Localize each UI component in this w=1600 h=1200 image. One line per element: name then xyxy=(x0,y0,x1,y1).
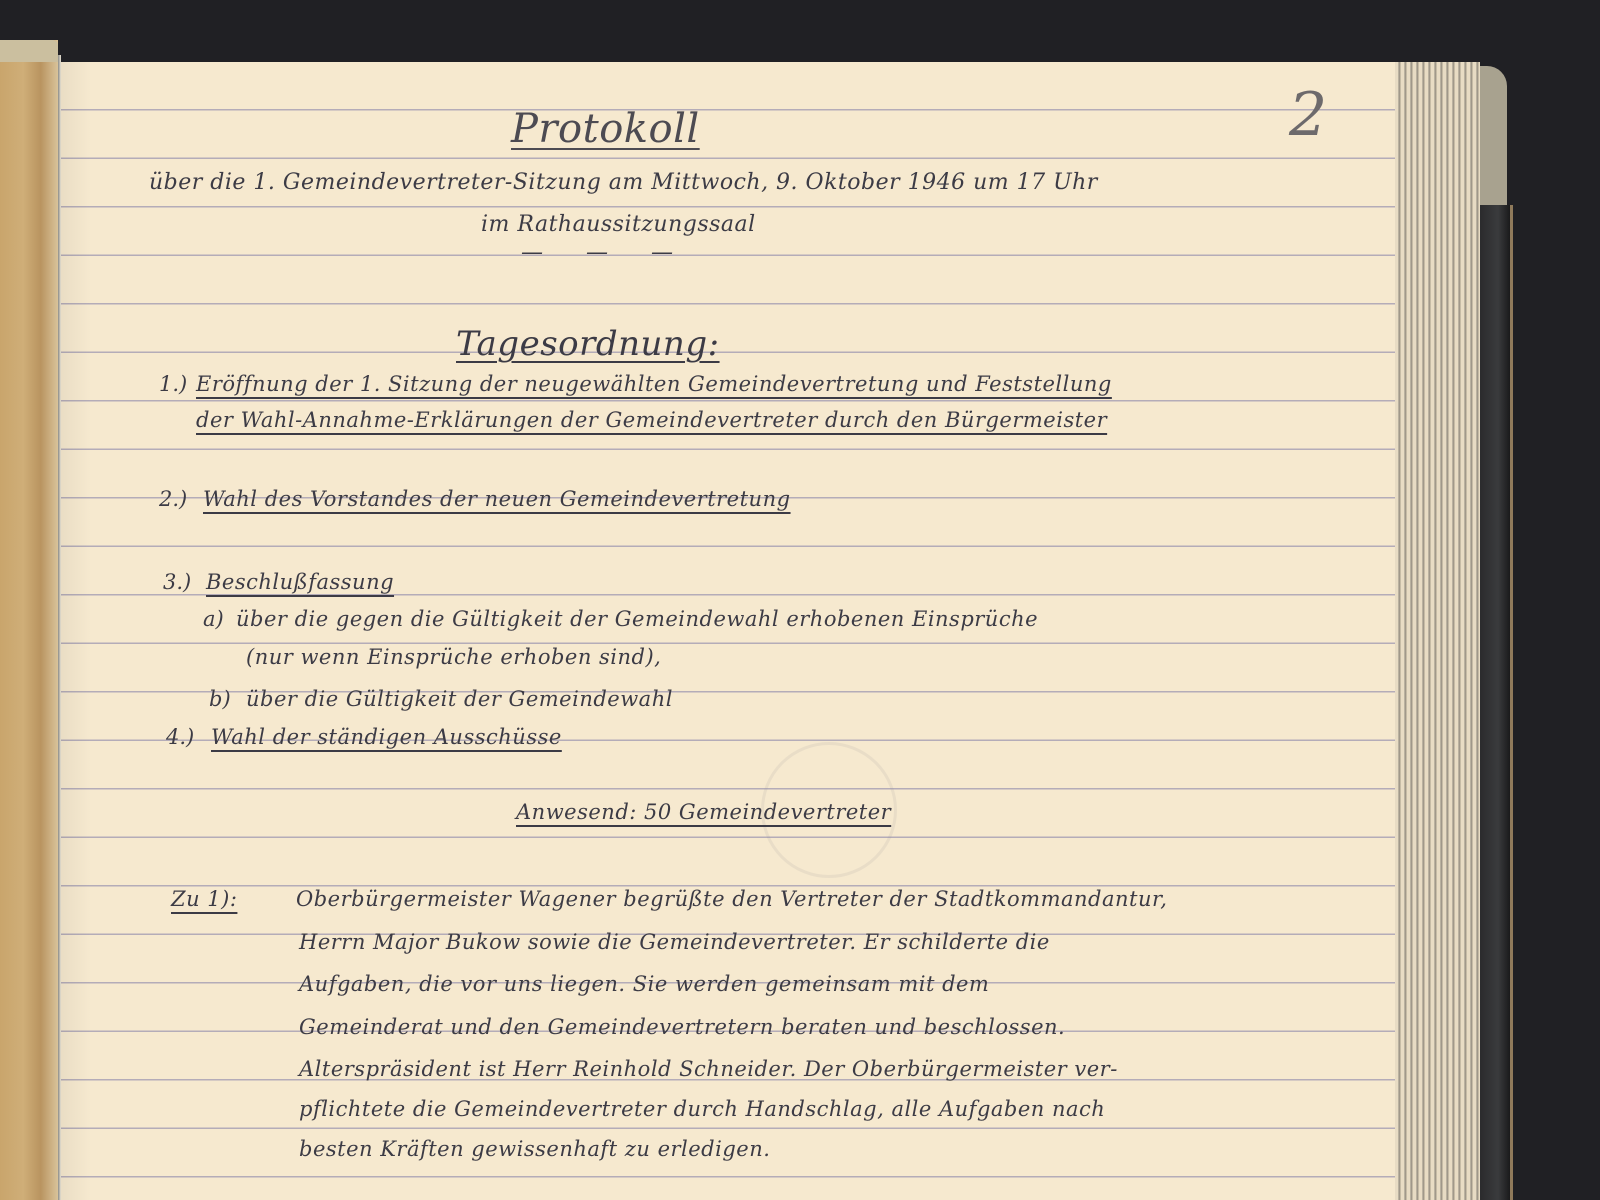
agenda-item-1-line-1: Eröffnung der 1. Sitzung der neugewählte… xyxy=(196,372,1112,396)
separator-dashes: — — — xyxy=(521,240,691,265)
agenda-item-3-line-1: Beschlußfassung xyxy=(206,570,394,594)
attendance-note: Anwesend: 50 Gemeindevertreter xyxy=(516,800,891,824)
section-body-line-4: Gemeinderat und den Gemeindevertretern b… xyxy=(299,1015,1065,1039)
section-body-line-2: Herrn Major Bukow sowie die Gemeindevert… xyxy=(299,930,1050,954)
subtitle-line-1: über die 1. Gemeindevertreter-Sitzung am… xyxy=(149,170,1098,195)
subtitle-line-2: im Rathaussitzungssaal xyxy=(481,212,756,237)
page-stack-edge xyxy=(1395,62,1480,1200)
agenda-item-4-number: 4.) xyxy=(166,725,194,749)
section-label: Zu 1): xyxy=(171,887,237,911)
agenda-item-3a-line-1: über die gegen die Gültigkeit der Gemein… xyxy=(236,607,1038,631)
section-body-line-5: Alterspräsident ist Herr Reinhold Schnei… xyxy=(299,1057,1118,1081)
agenda-item-1-number: 1.) xyxy=(159,372,187,396)
agenda-item-3b-line-1: über die Gültigkeit der Gemeindewahl xyxy=(246,687,673,711)
ledger-page: 2 Protokoll über die 1. Gemeindevertrete… xyxy=(61,62,1395,1200)
agenda-item-2-number: 2.) xyxy=(159,487,187,511)
section-body-line-1: Oberbürgermeister Wagener begrüßte den V… xyxy=(296,887,1167,911)
agenda-item-3-number: 3.) xyxy=(163,570,191,594)
page-number: 2 xyxy=(1289,80,1327,150)
binding-cloth xyxy=(0,40,58,62)
agenda-item-1-line-2: der Wahl-Annahme-Erklärungen der Gemeind… xyxy=(196,408,1107,432)
agenda-item-3a-line-2: (nur wenn Einsprüche erhoben sind), xyxy=(246,645,661,669)
section-body-line-6: pflichtete die Gemeindevertreter durch H… xyxy=(299,1097,1105,1121)
book-cover-edge xyxy=(1480,205,1513,1200)
agenda-item-4-line-1: Wahl der ständigen Ausschüsse xyxy=(211,725,562,749)
section-body-line-7: besten Kräften gewissenhaft zu erledigen… xyxy=(299,1137,770,1161)
agenda-heading: Tagesordnung: xyxy=(456,324,720,364)
document-title: Protokoll xyxy=(511,106,700,152)
agenda-item-2-line-1: Wahl des Vorstandes der neuen Gemeindeve… xyxy=(203,487,791,511)
agenda-item-3a-label: a) xyxy=(203,607,224,631)
left-book-binding xyxy=(0,40,58,1200)
agenda-item-3b-label: b) xyxy=(209,687,231,711)
section-body-line-3: Aufgaben, die vor uns liegen. Sie werden… xyxy=(299,972,989,996)
